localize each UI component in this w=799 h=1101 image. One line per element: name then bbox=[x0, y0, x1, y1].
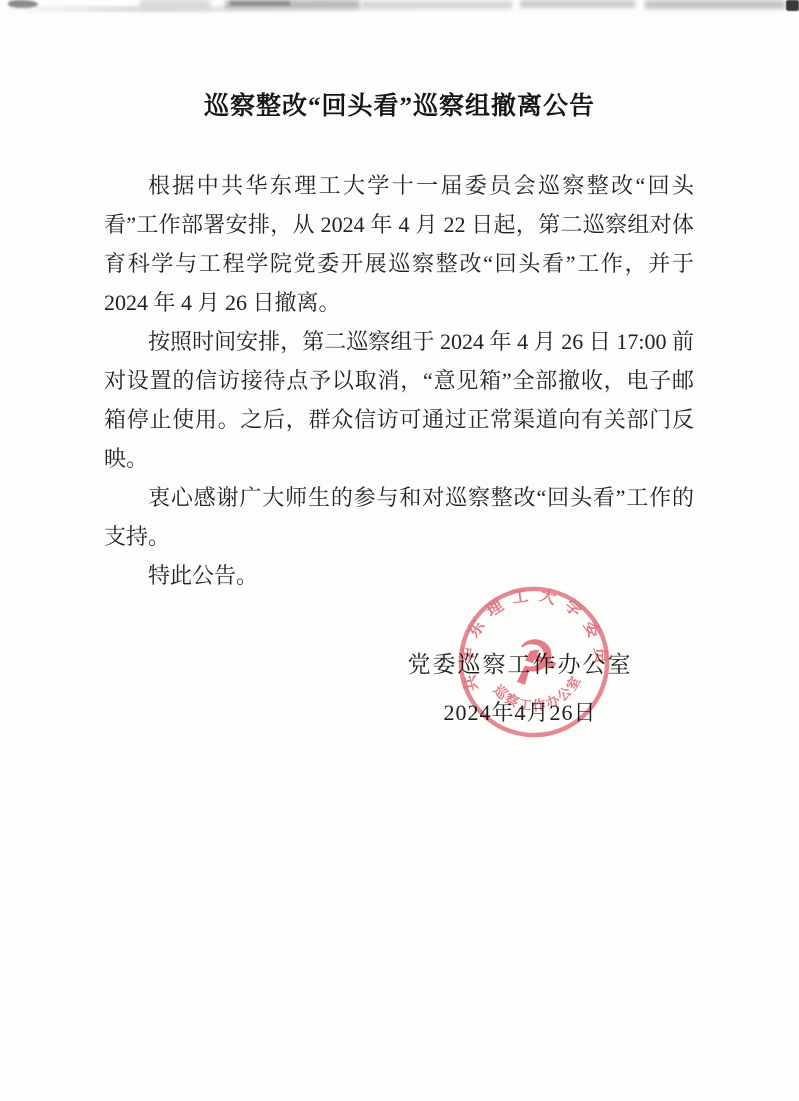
document-body: 根据中共华东理工大学十一届委员会巡察整改“回头看”工作部署安排，从 2024 年… bbox=[104, 166, 694, 595]
scanned-document-page: 巡察整改“回头看”巡察组撤离公告 根据中共华东理工大学十一届委员会巡察整改“回头… bbox=[0, 0, 799, 1101]
paragraph: 特此公告。 bbox=[104, 556, 694, 595]
hammer-and-sickle-icon: ☭ bbox=[503, 627, 566, 698]
document-title: 巡察整改“回头看”巡察组撤离公告 bbox=[0, 0, 799, 122]
paragraph: 衷心感谢广大师生的参与和对巡察整改“回头看”工作的支持。 bbox=[104, 478, 694, 556]
official-seal: 中共华东理工大学委员会 巡察工作办公室 ☭ bbox=[445, 573, 623, 751]
paragraph: 按照时间安排，第二巡察组于 2024 年 4 月 26 日 17:00 前对设置… bbox=[104, 322, 694, 478]
seal-graphic: 中共华东理工大学委员会 巡察工作办公室 ☭ bbox=[445, 573, 623, 751]
paragraph: 根据中共华东理工大学十一届委员会巡察整改“回头看”工作部署安排，从 2024 年… bbox=[104, 166, 694, 322]
